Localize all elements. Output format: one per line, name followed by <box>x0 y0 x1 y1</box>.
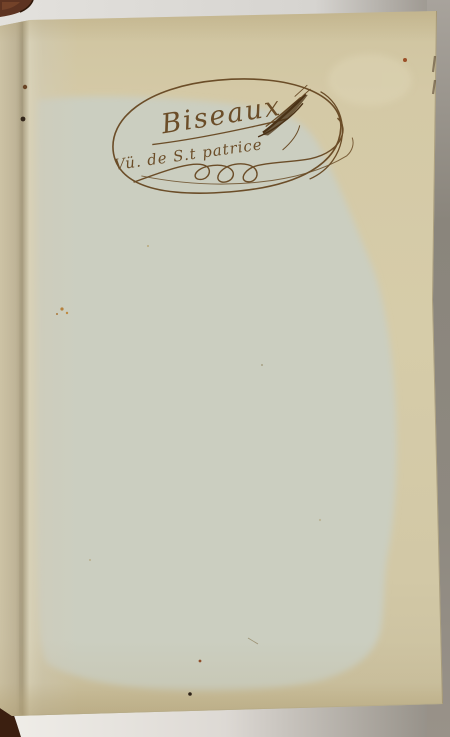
speck <box>21 117 26 122</box>
speck <box>261 364 263 366</box>
speck <box>319 519 321 521</box>
gutter-fold-shading <box>0 0 78 737</box>
speck <box>23 85 27 89</box>
speck <box>199 660 202 663</box>
stain-light-patch <box>328 54 412 106</box>
speck <box>66 312 68 314</box>
speck <box>188 692 192 696</box>
speck <box>403 58 407 62</box>
speck <box>147 245 149 247</box>
speck <box>60 307 63 310</box>
speck <box>89 559 91 561</box>
book-photo: Biseaux Vü. de S.t patrice <box>0 0 450 737</box>
flyleaf-photograph: Biseaux Vü. de S.t patrice <box>0 0 450 737</box>
speck <box>56 313 58 315</box>
